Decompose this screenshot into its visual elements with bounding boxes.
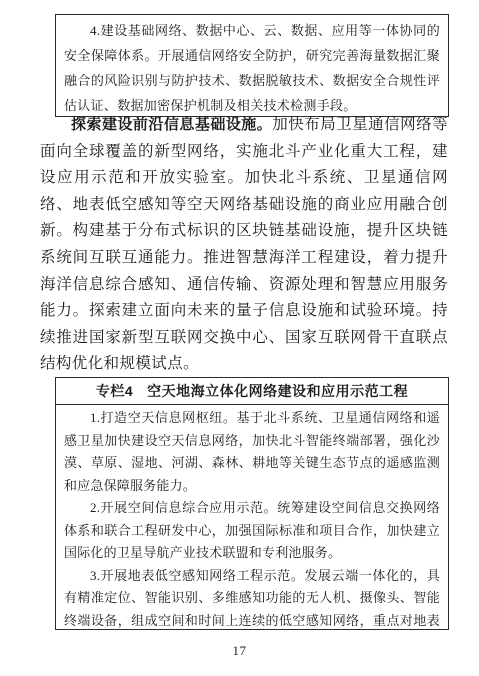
column-box-4: 专栏4空天地海立体化网络建设和应用示范工程 1.打造空天信息网枢纽。基于北斗系统… bbox=[55, 377, 449, 630]
column-box-item-3: 3.开展地表低空感知网络工程示范。发展云端一体化的，具有精准定位、智能识别、多维… bbox=[64, 565, 440, 631]
paragraph-bold-lead: 探索建设前沿信息基础设施。 bbox=[71, 116, 272, 133]
column-box-item-2: 2.开展空间信息综合应用示范。统筹建设空间信息交换网络体系和联合工程研发中心，加… bbox=[64, 497, 440, 565]
column-box-item-1: 1.打造空天信息网枢纽。基于北斗系统、卫星通信网络和遥感卫星加快建设空天信息网络… bbox=[64, 407, 440, 497]
callout-box-item4-text: 4.建设基础网络、数据中心、云、数据、应用等一体协同的安全保障体系。开展通信网络… bbox=[64, 18, 440, 117]
column-box-4-header: 专栏4空天地海立体化网络建设和应用示范工程 bbox=[56, 378, 448, 405]
column-box-4-body: 1.打造空天信息网枢纽。基于北斗系统、卫星通信网络和遥感卫星加快建设空天信息网络… bbox=[56, 405, 448, 630]
page-number: 17 bbox=[0, 643, 479, 659]
frontier-infrastructure-paragraph: 探索建设前沿信息基础设施。加快布局卫星通信网络等面向全球覆盖的新型网络，实施北斗… bbox=[40, 112, 448, 378]
document-page: 4.建设基础网络、数据中心、云、数据、应用等一体协同的安全保障体系。开展通信网络… bbox=[0, 0, 479, 676]
paragraph-body-text: 加快布局卫星通信网络等面向全球覆盖的新型网络，实施北斗产业化重大工程，建设应用示… bbox=[40, 116, 448, 372]
column-box-4-label: 专栏4 bbox=[96, 383, 133, 399]
callout-box-item4: 4.建设基础网络、数据中心、云、数据、应用等一体协同的安全保障体系。开展通信网络… bbox=[55, 14, 449, 117]
column-box-4-title: 空天地海立体化网络建设和应用示范工程 bbox=[147, 383, 408, 399]
